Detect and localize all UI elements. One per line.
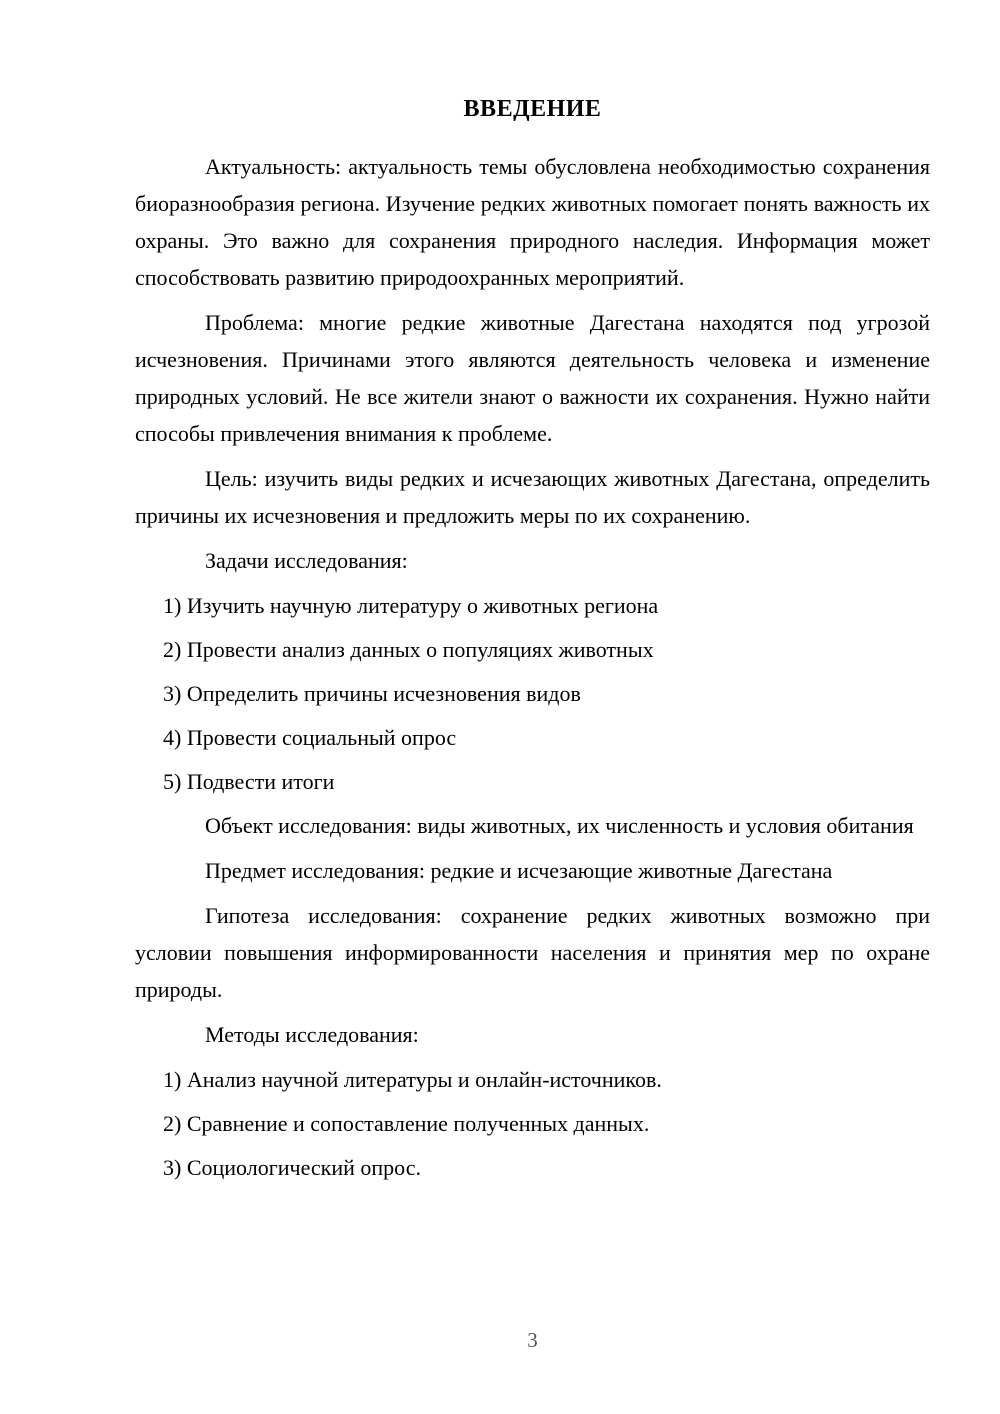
numbered-list-item: 1) Изучить научную литературу о животных… — [135, 587, 930, 624]
paragraph: Предмет исследования: редкие и исчезающи… — [135, 852, 930, 889]
paragraph: Актуальность: актуальность темы обусловл… — [135, 148, 930, 296]
page-title: ВВЕДЕНИЕ — [135, 94, 930, 124]
paragraph: Цель: изучить виды редких и исчезающих ж… — [135, 460, 930, 534]
document-page: ВВЕДЕНИЕ Актуальность: актуальность темы… — [0, 0, 1000, 1414]
paragraph: Методы исследования: — [135, 1016, 930, 1053]
paragraph: Гипотеза исследования: сохранение редких… — [135, 897, 930, 1008]
document-body: Актуальность: актуальность темы обусловл… — [135, 148, 930, 1186]
numbered-list-item: 3) Определить причины исчезновения видов — [135, 675, 930, 712]
document-content: ВВЕДЕНИЕ Актуальность: актуальность темы… — [135, 94, 930, 1193]
numbered-list-item: 2) Сравнение и сопоставление полученных … — [135, 1105, 930, 1142]
page-number: 3 — [135, 1328, 930, 1353]
numbered-list-item: 2) Провести анализ данных о популяциях ж… — [135, 631, 930, 668]
paragraph: Проблема: многие редкие животные Дагеста… — [135, 304, 930, 452]
numbered-list-item: 4) Провести социальный опрос — [135, 719, 930, 756]
paragraph: Задачи исследования: — [135, 542, 930, 579]
numbered-list-item: 1) Анализ научной литературы и онлайн-ис… — [135, 1061, 930, 1098]
numbered-list-item: 3) Социологический опрос. — [135, 1149, 930, 1186]
numbered-list-item: 5) Подвести итоги — [135, 763, 930, 800]
paragraph: Объект исследования: виды животных, их ч… — [135, 807, 930, 844]
